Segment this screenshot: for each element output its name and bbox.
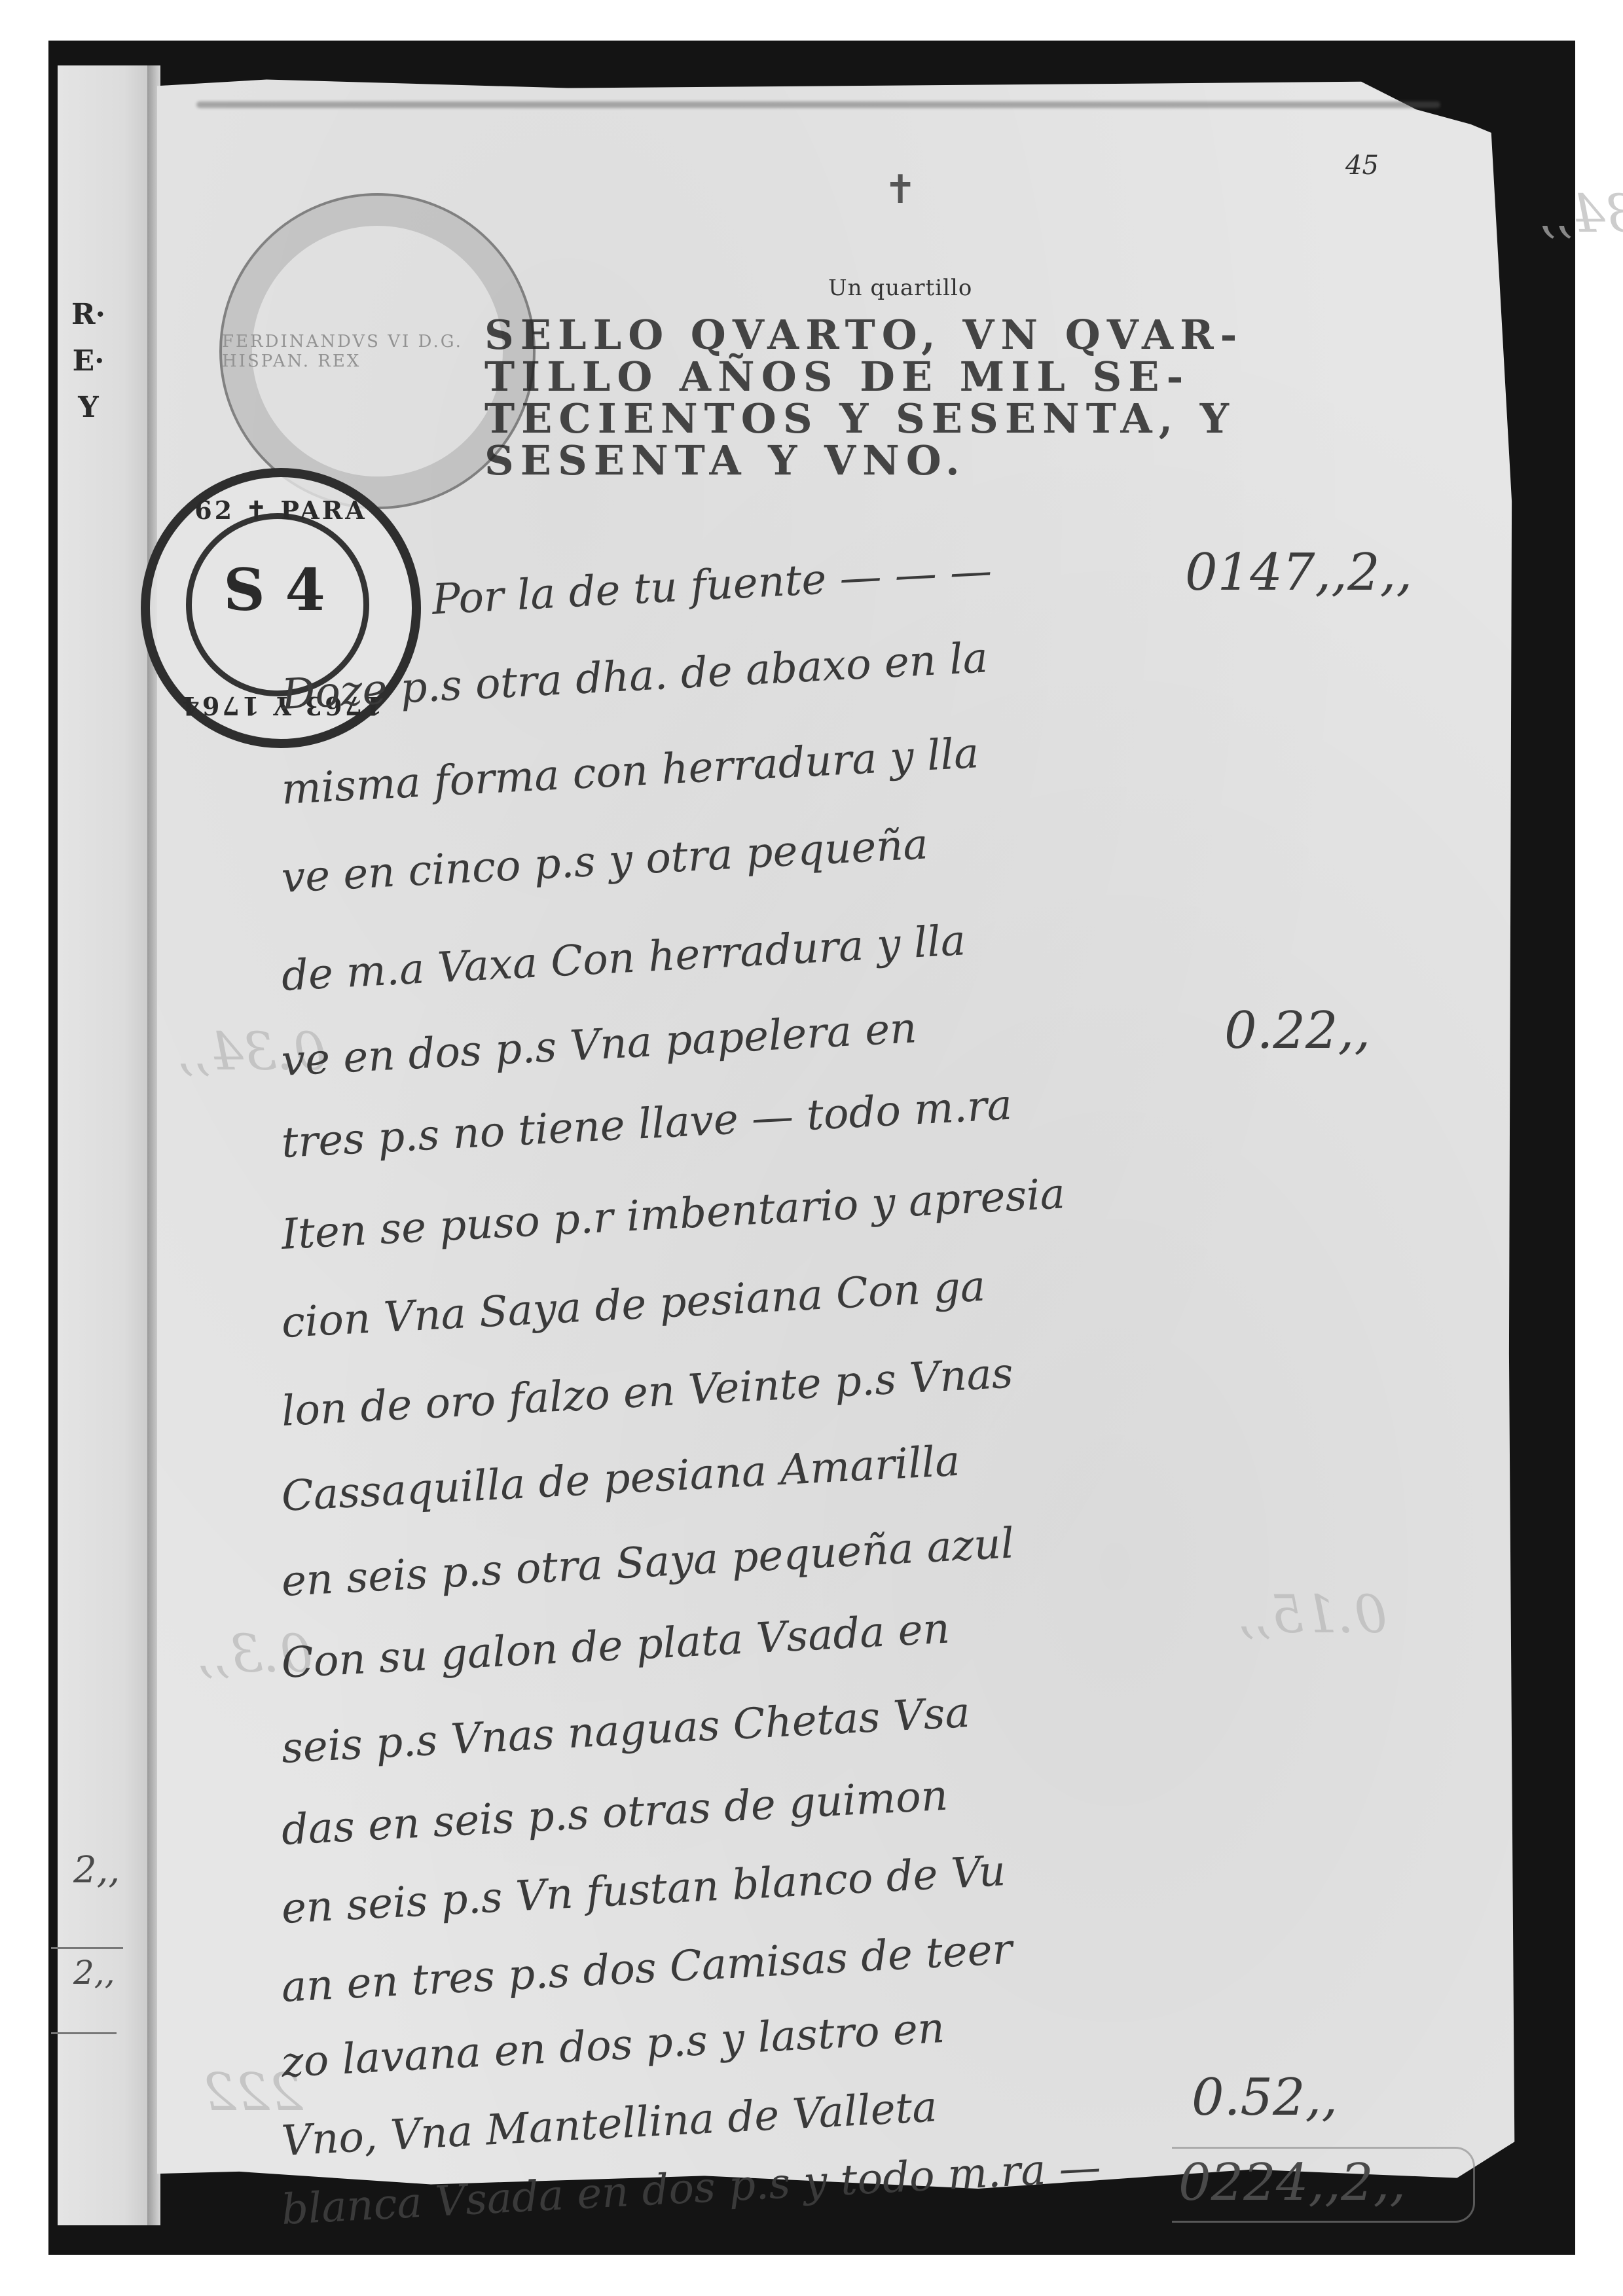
stamp-line: SELLO QVARTO, VN QVAR- [484,314,1460,356]
left-stamp-letter: E· [73,344,105,378]
stamp-line: SESENTA Y VNO. [484,440,1460,482]
stamped-paper-header: SELLO QVARTO, VN QVAR- TILLO AÑOS DE MIL… [484,314,1460,482]
folio-number: 45 [1345,151,1379,181]
bleed-through-mark: 0.15,, [1237,1584,1387,1645]
torn-top-edge [196,101,1440,108]
bleed-through-mark: 0.34,, [1539,183,1623,244]
margin-rule [51,2032,117,2034]
seal-legend-top: 62 ✝ PARA [150,495,412,525]
amount-entry: 0.52,, [1192,2068,1338,2127]
amount-entry: 0147,,2,, [1185,543,1412,602]
left-margin-note: 2,, [73,1849,120,1892]
left-margin-stamp: R· E· Y [65,298,111,424]
stamp-denomination: Un quartillo [828,275,972,301]
stamp-line: TILLO AÑOS DE MIL SE- [484,356,1460,398]
margin-rule [51,1947,123,1949]
seal-center: S 4 [202,556,346,624]
amount-entry: 0.22,, [1224,1001,1370,1060]
page-total: 0224,,2,, [1178,2153,1406,2212]
cross-mark-icon: ✝ [884,167,917,213]
left-margin-note: 2,, [73,1954,115,1992]
stamp-line: TECIENTOS Y SESENTA, Y [484,398,1460,440]
left-stamp-letter: Y [78,391,98,424]
left-stamp-letter: R· [71,298,105,331]
